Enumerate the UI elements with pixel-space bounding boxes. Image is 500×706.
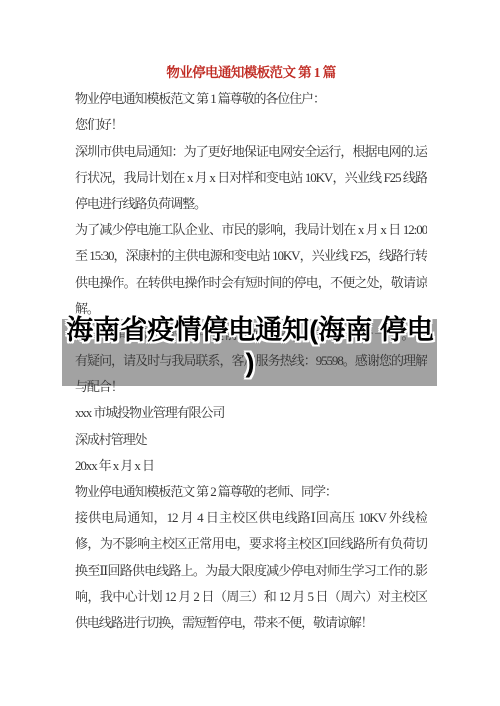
- document-heading: 物业停电通知模板范文 第 1 篇: [75, 60, 427, 86]
- document-line: 换至Ⅱ回路供电线路上。为最大限度减少停电对师生学习工作的.影: [75, 558, 427, 584]
- document-line: 20xx 年 x 月 x 日: [75, 453, 427, 479]
- document-line: 修，为不影响主校区正常用电，要求将主校区Ⅰ回线路所有负荷切: [75, 531, 427, 557]
- document-line: 供电操作。在转供电操作时会有短时间的停电，不便之处，敬请谅: [75, 270, 427, 296]
- document-page: 物业停电通知模板范文 第 1 篇 物业停电通知模板范文 第 1 篇尊敬的各位住户…: [0, 0, 500, 706]
- document-line: 行状况，我局计划在 x 月 x 日对样和变电站 10KV，兴业线 F25 线路: [75, 165, 427, 191]
- document-line: 深圳市供电局通知：为了更好地保证电网安全运行，根据电网的.运: [75, 139, 427, 165]
- document-line: 接供电局通知，12 月 4 日主校区供电线路Ⅰ回高压 10KV 外线检: [75, 505, 427, 531]
- document-line: 您们好！: [75, 112, 427, 138]
- document-line: 物业停电通知模板范文 第 1 篇尊敬的各位住户：: [75, 86, 427, 112]
- document-line: 至 15:30，深康村的主供电源和变电站 10KV，兴业线 F25，线路行转: [75, 243, 427, 269]
- document-line: 物业停电通知模板范文 第 2 篇尊敬的老师、同学：: [75, 479, 427, 505]
- document-line: xxx 市城投物业管理有限公司: [75, 400, 427, 426]
- overlay-title: 海南省疫情停电通知(海南 停电 ): [0, 314, 500, 380]
- document-line: 供电线路进行切换，需短暂停电，带来不便，敬请谅解！: [75, 610, 427, 636]
- overlay-title-line1: 海南省疫情停电通知(海南 停电: [0, 314, 500, 347]
- overlay-title-line2: ): [0, 347, 500, 380]
- document-line: 为了减少停电施工队企业、市民的影响，我局计划在 x 月 x 日 12:00: [75, 217, 427, 243]
- document-line: 停电进行线路负荷调整。: [75, 191, 427, 217]
- document-line: 深成村管理处: [75, 427, 427, 453]
- document-line: 响，我中心计划 12 月 2 日（周三）和 12 月 5 日（周六）对主校区: [75, 584, 427, 610]
